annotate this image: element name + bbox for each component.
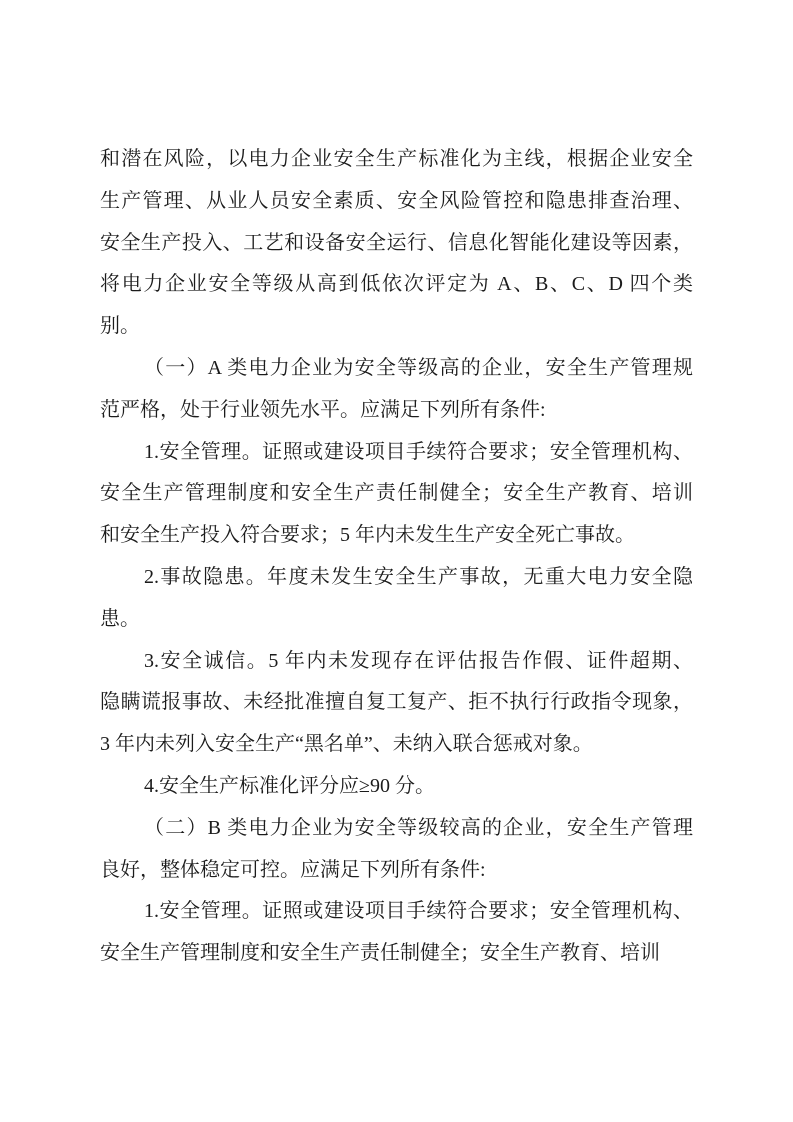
paragraph: （二）B 类电力企业为安全等级较高的企业，安全生产管理良好，整体稳定可控。应满足… <box>100 808 693 892</box>
text-line: 患。 <box>100 599 693 641</box>
text-line: 生产管理、从业人员安全素质、安全风险管控和隐患排查治理、 <box>100 181 693 223</box>
paragraph: 4.安全生产标准化评分应≥90 分。 <box>100 766 693 808</box>
document-text-block: 和潜在风险，以电力企业安全生产标准化为主线，根据企业安全生产管理、从业人员安全素… <box>100 139 693 975</box>
document-page: 和潜在风险，以电力企业安全生产标准化为主线，根据企业安全生产管理、从业人员安全素… <box>0 0 793 1122</box>
paragraph: 1.安全管理。证照或建设项目手续符合要求；安全管理机构、安全生产管理制度和安全生… <box>100 891 693 975</box>
text-line: （一）A 类电力企业为安全等级高的企业，安全生产管理规 <box>100 348 693 390</box>
text-line: （二）B 类电力企业为安全等级较高的企业，安全生产管理 <box>100 808 693 850</box>
text-line: 1.安全管理。证照或建设项目手续符合要求；安全管理机构、 <box>100 891 693 933</box>
text-line: 3.安全诚信。5 年内未发现存在评估报告作假、证件超期、 <box>100 641 693 683</box>
text-line: 别。 <box>100 306 693 348</box>
paragraph: 2.事故隐患。年度未发生安全生产事故，无重大电力安全隐患。 <box>100 557 693 641</box>
text-line: 隐瞒谎报事故、未经批准擅自复工复产、拒不执行行政指令现象， <box>100 682 693 724</box>
text-line: 和潜在风险，以电力企业安全生产标准化为主线，根据企业安全 <box>100 139 693 181</box>
text-line: 良好，整体稳定可控。应满足下列所有条件: <box>100 850 693 892</box>
text-line: 2.事故隐患。年度未发生安全生产事故，无重大电力安全隐 <box>100 557 693 599</box>
paragraph: 3.安全诚信。5 年内未发现存在评估报告作假、证件超期、隐瞒谎报事故、未经批准擅… <box>100 641 693 766</box>
paragraph: （一）A 类电力企业为安全等级高的企业，安全生产管理规范严格，处于行业领先水平。… <box>100 348 693 432</box>
text-line: 安全生产管理制度和安全生产责任制健全；安全生产教育、培训 <box>100 933 693 975</box>
paragraph: 1.安全管理。证照或建设项目手续符合要求；安全管理机构、安全生产管理制度和安全生… <box>100 432 693 557</box>
text-line: 安全生产管理制度和安全生产责任制健全；安全生产教育、培训 <box>100 473 693 515</box>
text-line: 4.安全生产标准化评分应≥90 分。 <box>100 766 693 808</box>
text-line: 安全生产投入、工艺和设备安全运行、信息化智能化建设等因素， <box>100 223 693 265</box>
text-line: 3 年内未列入安全生产“黑名单”、未纳入联合惩戒对象。 <box>100 724 693 766</box>
text-line: 将电力企业安全等级从高到低依次评定为 A、B、C、D 四个类 <box>100 264 693 306</box>
text-line: 和安全生产投入符合要求；5 年内未发生生产安全死亡事故。 <box>100 515 693 557</box>
text-line: 范严格，处于行业领先水平。应满足下列所有条件: <box>100 390 693 432</box>
paragraph: 和潜在风险，以电力企业安全生产标准化为主线，根据企业安全生产管理、从业人员安全素… <box>100 139 693 348</box>
text-line: 1.安全管理。证照或建设项目手续符合要求；安全管理机构、 <box>100 432 693 474</box>
